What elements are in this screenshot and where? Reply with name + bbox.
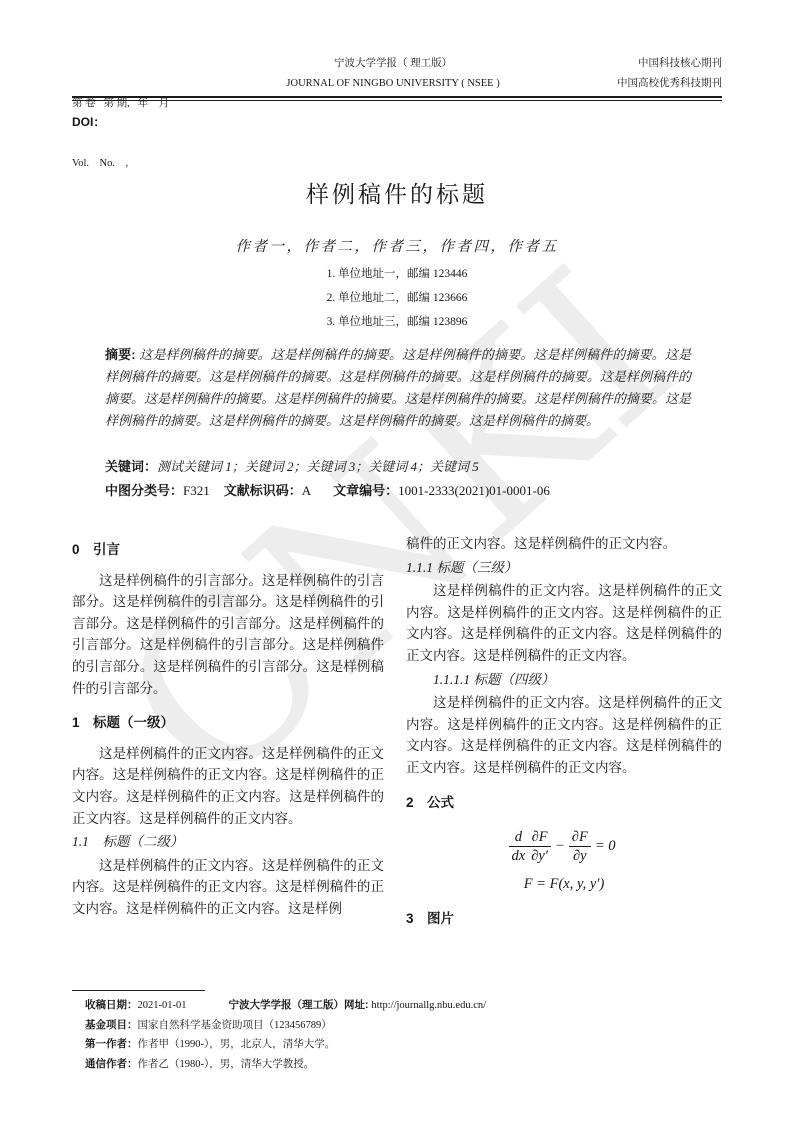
keywords-label: 关键词： (105, 459, 157, 474)
journal-name-cn: 宁波大学学报（ 理工版） (286, 54, 499, 74)
badge-excellent-journal: 中国高校优秀科技期刊 (617, 74, 722, 94)
equation-functional: F = F(x, y, y′) (406, 874, 722, 896)
footer-notes: 收稿日期：2021-01-01 宁波大学学报（理工版）网址: http://jo… (85, 996, 725, 1074)
footer-line-received: 收稿日期：2021-01-01 宁波大学学报（理工版）网址: http://jo… (85, 996, 725, 1016)
fund-label: 基金项目： (85, 1019, 138, 1031)
website-url[interactable]: http://journallg.nbu.edu.cn/ (371, 1000, 486, 1011)
abstract-label: 摘要: (105, 347, 139, 362)
fraction-d-dx: ddx (509, 829, 529, 864)
keywords-text: 测试关键词 1；关键词 2；关键词 3；关键词 4；关键词 5 (157, 459, 479, 474)
fraction-dF-dyprime: ∂F∂y′ (528, 829, 551, 864)
minus-operator: − (551, 838, 569, 854)
website-label: 宁波大学学报（理工版）网址: (229, 999, 372, 1011)
heading-level1: 1 标题（一级） (72, 712, 384, 734)
header-issue-en: Vol. No. , (72, 154, 169, 174)
affiliation-3: 3. 单位地址三，邮编 123896 (0, 310, 794, 334)
first-author-label: 第一作者： (85, 1038, 138, 1050)
affiliation-2: 2. 单位地址二，邮编 123666 (0, 286, 794, 310)
paragraph-level3: 这是样例稿件的正文内容。这是样例稿件的正文内容。这是样例稿件的正文内容。这是样例… (406, 580, 722, 666)
clc-value: F321 (183, 483, 210, 498)
first-author-value: 作者甲（1990-），男，北京人，清华大学。 (138, 1039, 336, 1050)
article-title: 样例稿件的标题 (0, 176, 794, 209)
fraction-dF-dy: ∂F∂y (569, 829, 591, 864)
journal-website: 宁波大学学报（理工版）网址: http://journallg.nbu.edu.… (229, 996, 487, 1016)
heading-figure-section: 3 图片 (406, 908, 722, 930)
footer-line-fund: 基金项目：国家自然科学基金资助项目（123456789） (85, 1016, 725, 1036)
heading-level2: 1.1 标题（二级） (72, 831, 384, 853)
body-column-right: 稿件的正文内容。这是样例稿件的正文内容。 1.1.1 标题（三级） 这是样例稿件… (406, 533, 722, 939)
paragraph-introduction: 这是样例稿件的引言部分。这是样例稿件的引言部分。这是样例稿件的引言部分。这是样例… (72, 570, 384, 700)
fund-value: 国家自然科学基金资助项目（123456789） (138, 1020, 332, 1031)
heading-level3: 1.1.1 标题（三级） (406, 557, 722, 579)
keywords-line: 关键词：测试关键词 1；关键词 2；关键词 3；关键词 4；关键词 5 (105, 456, 691, 475)
heading-level4: 1.1.1.1 标题（四级） (406, 669, 722, 691)
author-list: 作者一，作者二，作者三，作者四，作者五 (0, 235, 794, 256)
clc-label: 中图分类号： (105, 483, 183, 498)
heading-introduction: 0 引言 (72, 539, 384, 561)
affiliations: 1. 单位地址一，邮编 123446 2. 单位地址二，邮编 123666 3.… (0, 262, 794, 334)
journal-page: { "header": { "left_line1": "第 卷 第 期, 年 … (0, 0, 794, 1123)
received-date-value: 2021-01-01 (138, 1000, 187, 1011)
abstract: 摘要: 这是样例稿件的摘要。这是样例稿件的摘要。这是样例稿件的摘要。这是样例稿件… (105, 344, 691, 432)
abstract-text: 这是样例稿件的摘要。这是样例稿件的摘要。这是样例稿件的摘要。这是样例稿件的摘要。… (105, 347, 691, 428)
journal-name-en: JOURNAL OF NINGBO UNIVERSITY ( NSEE ) (286, 74, 499, 94)
received-date: 收稿日期：2021-01-01 (85, 996, 187, 1016)
paragraph-level2-continued: 稿件的正文内容。这是样例稿件的正文内容。 (406, 533, 722, 555)
header-divider (72, 96, 722, 101)
footer-divider (72, 990, 205, 991)
footer-line-corresponding-author: 通信作者：作者乙（1980-），男，清华大学教授。 (85, 1055, 725, 1075)
corresponding-author-label: 通信作者： (85, 1058, 138, 1070)
body-column-left: 0 引言 这是样例稿件的引言部分。这是样例稿件的引言部分。这是样例稿件的引言部分… (72, 533, 384, 939)
received-date-label: 收稿日期： (85, 999, 138, 1011)
paragraph-level2-part: 这是样例稿件的正文内容。这是样例稿件的正文内容。这是样例稿件的正文内容。这是样例… (72, 855, 384, 920)
footer-line-first-author: 第一作者：作者甲（1990-），男，北京人，清华大学。 (85, 1035, 725, 1055)
article-body: 0 引言 这是样例稿件的引言部分。这是样例稿件的引言部分。这是样例稿件的引言部分… (72, 533, 722, 939)
heading-formula-section: 2 公式 (406, 792, 722, 814)
badge-core-journal: 中国科技核心期刊 (617, 54, 722, 74)
article-no-value: 1001-2333(2021)01-0001-06 (398, 483, 550, 498)
corresponding-author-value: 作者乙（1980-），男，清华大学教授。 (138, 1059, 315, 1070)
doi-label: DOI： (72, 113, 105, 130)
paragraph-level4: 这是样例稿件的正文内容。这是样例稿件的正文内容。这是样例稿件的正文内容。这是样例… (406, 692, 722, 778)
doc-code-label: 文献标识码： (224, 483, 302, 498)
affiliation-1: 1. 单位地址一，邮编 123446 (0, 262, 794, 286)
equation-rhs: = 0 (591, 838, 620, 854)
article-no-label: 文章编号： (333, 483, 398, 498)
classification-line: 中图分类号：F321文献标识码：A文章编号：1001-2333(2021)01-… (105, 480, 691, 499)
doc-code-value: A (302, 483, 311, 498)
equation-euler-lagrange: ddx∂F∂y′−∂F∂y= 0 (406, 829, 722, 864)
paragraph-level1: 这是样例稿件的正文内容。这是样例稿件的正文内容。这是样例稿件的正文内容。这是样例… (72, 743, 384, 829)
